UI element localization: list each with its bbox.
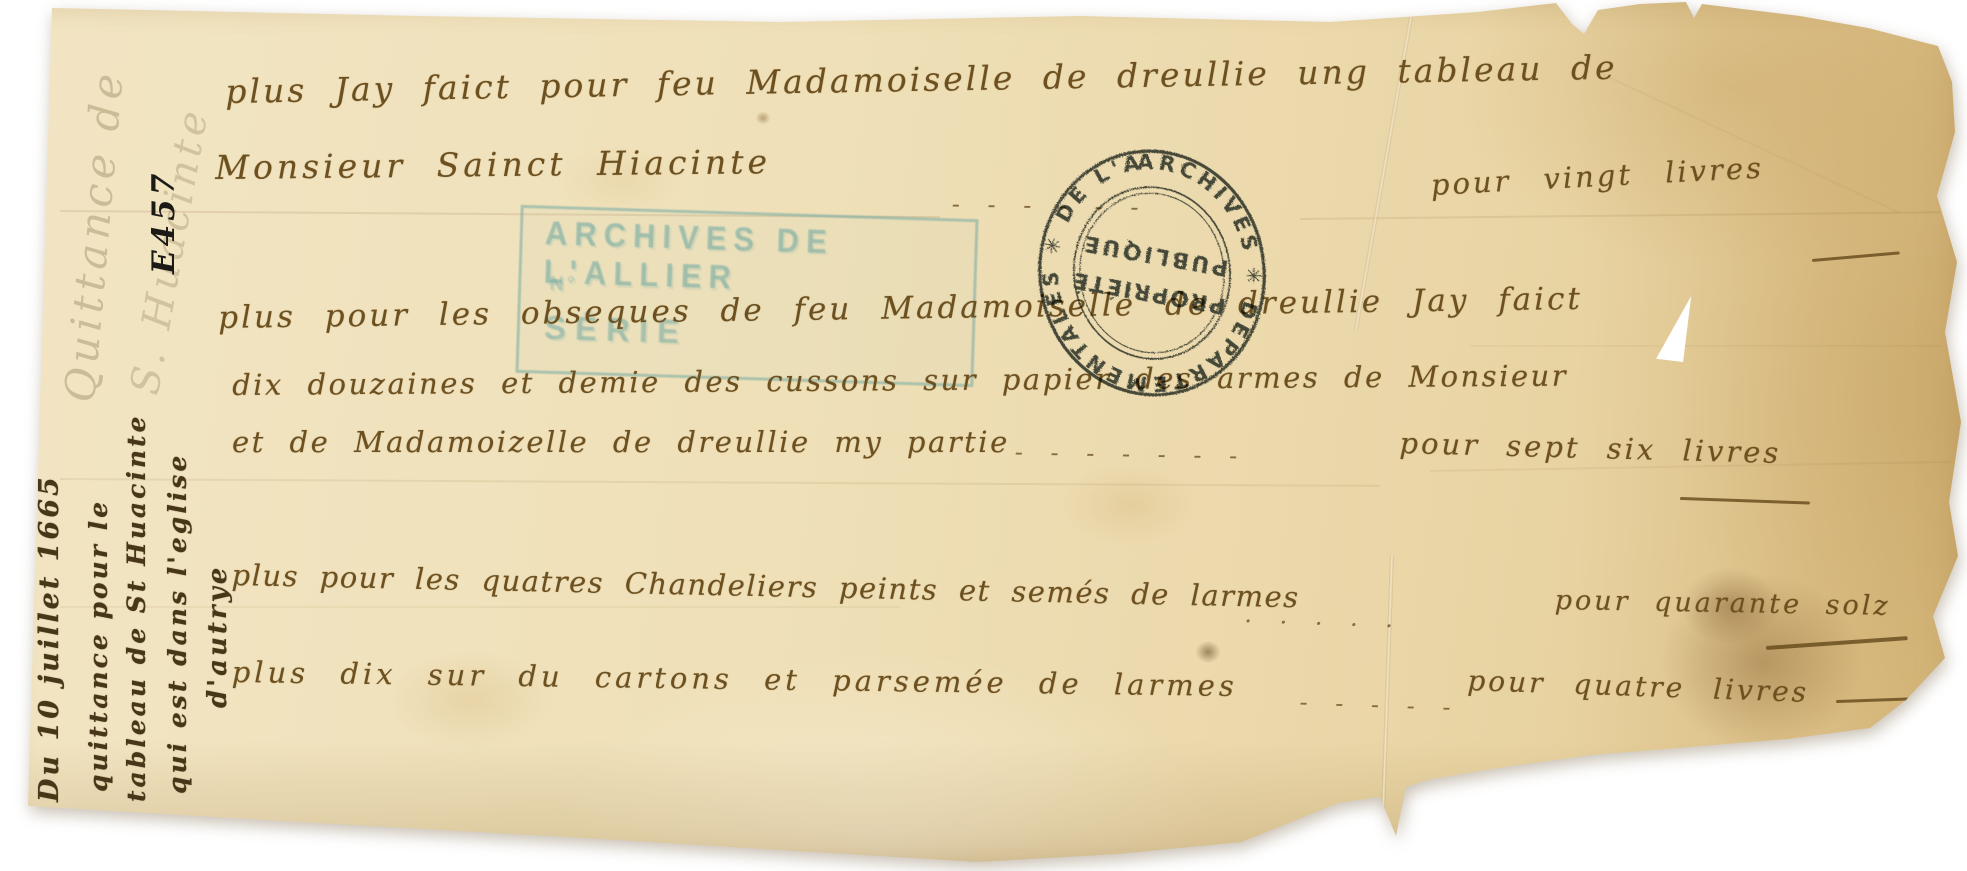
paper-hole	[1648, 296, 1702, 362]
ink-underline	[1812, 251, 1900, 262]
receipt-amount-2: pour sept six livres	[1399, 426, 1782, 470]
receipt-amount-3: pour quarante solz	[1554, 585, 1890, 622]
bottom-shading	[0, 740, 1967, 871]
ink-underline	[1680, 497, 1810, 505]
svg-text:ARCHIVES ✳ DÉPARTEMENTALES ✳ D: ARCHIVES ✳ DÉPARTEMENTALES ✳ DE L'ALLIER	[1015, 127, 1281, 414]
margin-note-line-2: quittance pour le	[84, 499, 113, 792]
leader-dots: . . . . .	[1244, 600, 1404, 634]
crease	[1599, 72, 1899, 213]
scanned-document: ARCHIVES DE L'ALLIER N° SÉRIE plus Jay f…	[0, 0, 1967, 871]
ink-underline	[1808, 755, 1936, 765]
ink-underline	[1836, 696, 1962, 703]
ghost-note-line-1: Quittance de	[55, 67, 133, 404]
crease	[60, 478, 1380, 487]
crease	[1470, 345, 1940, 347]
rect-stamp-number-label: N°	[549, 273, 578, 297]
receipt-amount-1: pour vingt livres	[1430, 151, 1765, 202]
receipt-line-4: dix douzaines et demie des cussons sur p…	[232, 359, 1568, 402]
receipt-line-1: plus Jay faict pour feu Madamoiselle de …	[225, 48, 1618, 111]
leader-dashes: - - - - - - -	[1015, 438, 1248, 470]
margin-note-line-4: qui est dans l'eglise	[163, 453, 192, 794]
ink-underline	[1766, 636, 1908, 650]
receipt-line-2: Monsieur Sainct Hiacinte	[215, 142, 771, 187]
manuscript-paper: ARCHIVES DE L'ALLIER N° SÉRIE plus Jay f…	[0, 0, 1967, 871]
fold-crease	[1354, 0, 1416, 331]
round-archive-stamp: ARCHIVES ✳ DÉPARTEMENTALES ✳ DE L'ALLIER…	[1015, 127, 1289, 420]
margin-note-line-3: tableau de St Huacinte	[122, 414, 151, 802]
leader-dashes: - - - - -	[1299, 688, 1461, 722]
margin-note-line-5: d'autrye	[203, 565, 233, 708]
receipt-line-5: et de Madamoizelle de dreullie my partie	[232, 425, 1010, 459]
receipt-line-7: plus dix sur du cartons et parsemée de l…	[232, 655, 1239, 703]
crease	[1300, 211, 1940, 220]
receipt-amount-4: pour quatre livres	[1467, 664, 1810, 709]
cote-label: E457	[146, 170, 182, 274]
paper-shadow: ARCHIVES DE L'ALLIER N° SÉRIE plus Jay f…	[0, 0, 1967, 871]
round-stamp-ring-text: ARCHIVES ✳ DÉPARTEMENTALES ✳ DE L'ALLIER	[1015, 127, 1281, 414]
margin-note-line-1: Du 10 juillet 1665	[34, 474, 65, 802]
